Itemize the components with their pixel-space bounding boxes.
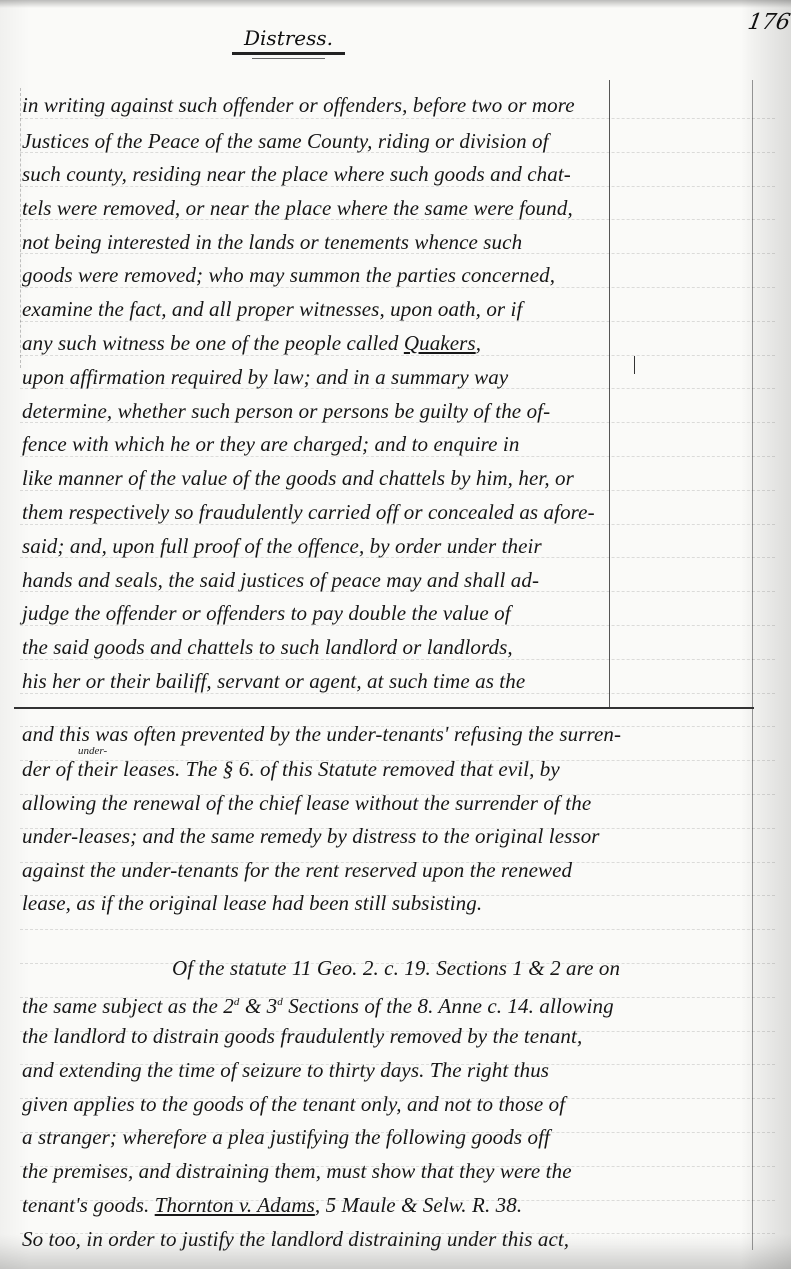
ruled-line [20,929,775,930]
text-line: a stranger; wherefore a plea justifying … [22,1124,752,1150]
text-line: upon affirmation required by law; and in… [22,364,604,390]
pencil-mark [634,356,635,374]
text-line: Of the statute 11 Geo. 2. c. 19. Section… [172,955,752,981]
text-run: , [476,331,481,355]
manuscript-page: 176 Distress. in writing against such of… [0,0,791,1269]
text-line: examine the fact, and all proper witness… [22,296,604,322]
text-line: the premises, and distraining them, must… [22,1158,752,1184]
text-line: determine, whether such person or person… [22,398,604,424]
text-line: any such witness be one of the people ca… [22,330,604,356]
text-line: hands and seals, the said justices of pe… [22,567,604,593]
text-line: under-leases; and the same remedy by dis… [22,823,752,849]
page-number: 176 [746,10,791,35]
text-line: in writing against such offender or offe… [22,92,604,118]
text-line: not being interested in the lands or ten… [22,229,604,255]
text-line: tenant's goods. Thornton v. Adams, 5 Mau… [22,1192,752,1218]
reporter-citation: , 5 Maule & Selw. R. 38. [315,1193,522,1217]
text-line: them respectively so fraudulently carrie… [22,499,604,525]
section-divider [14,707,754,709]
text-line: against the under-tenants for the rent r… [22,857,752,883]
text-run: tenant's goods. [22,1193,155,1217]
margin-rule [609,80,610,707]
text-line: his her or their bailiff, servant or age… [22,668,604,694]
text-line: the said goods and chattels to such land… [22,634,604,660]
text-line: and extending the time of seizure to thi… [22,1057,752,1083]
text-run: the same subject as the 2 [22,994,234,1018]
right-border-line [752,80,753,1250]
case-citation: Thornton v. Adams [155,1193,315,1217]
text-line: the same subject as the 2d & 3d Sections… [22,989,752,1019]
text-line: such county, residing near the place whe… [22,161,604,187]
text-line: lease, as if the original lease had been… [22,890,752,916]
page-top-edge [0,0,791,8]
text-line: So too, in order to justify the landlord… [22,1226,752,1252]
underlined-term: Quakers [404,331,476,355]
text-line: der of their leases. The § 6. of this St… [22,756,752,782]
text-line: Justices of the Peace of the same County… [22,128,604,154]
text-line: given applies to the goods of the tenant… [22,1091,752,1117]
text-line: the landlord to distrain goods fraudulen… [22,1023,752,1049]
text-line: goods were removed; who may summon the p… [22,262,604,288]
ruled-line [20,118,775,119]
text-run: & 3 [239,994,277,1018]
text-line: allowing the renewal of the chief lease … [22,790,752,816]
text-line: and this was often prevented by the unde… [22,721,752,747]
page-title: Distress. [232,26,345,55]
text-line: judge the offender or offenders to pay d… [22,600,604,626]
text-line: fence with which he or they are charged;… [22,431,604,457]
text-line: said; and, upon full proof of the offenc… [22,533,604,559]
text-line: tels were removed, or near the place whe… [22,195,604,221]
text-run: any such witness be one of the people ca… [22,331,404,355]
text-line: like manner of the value of the goods an… [22,465,604,491]
text-run: Sections of the 8. Anne c. 14. allowing [283,994,614,1018]
